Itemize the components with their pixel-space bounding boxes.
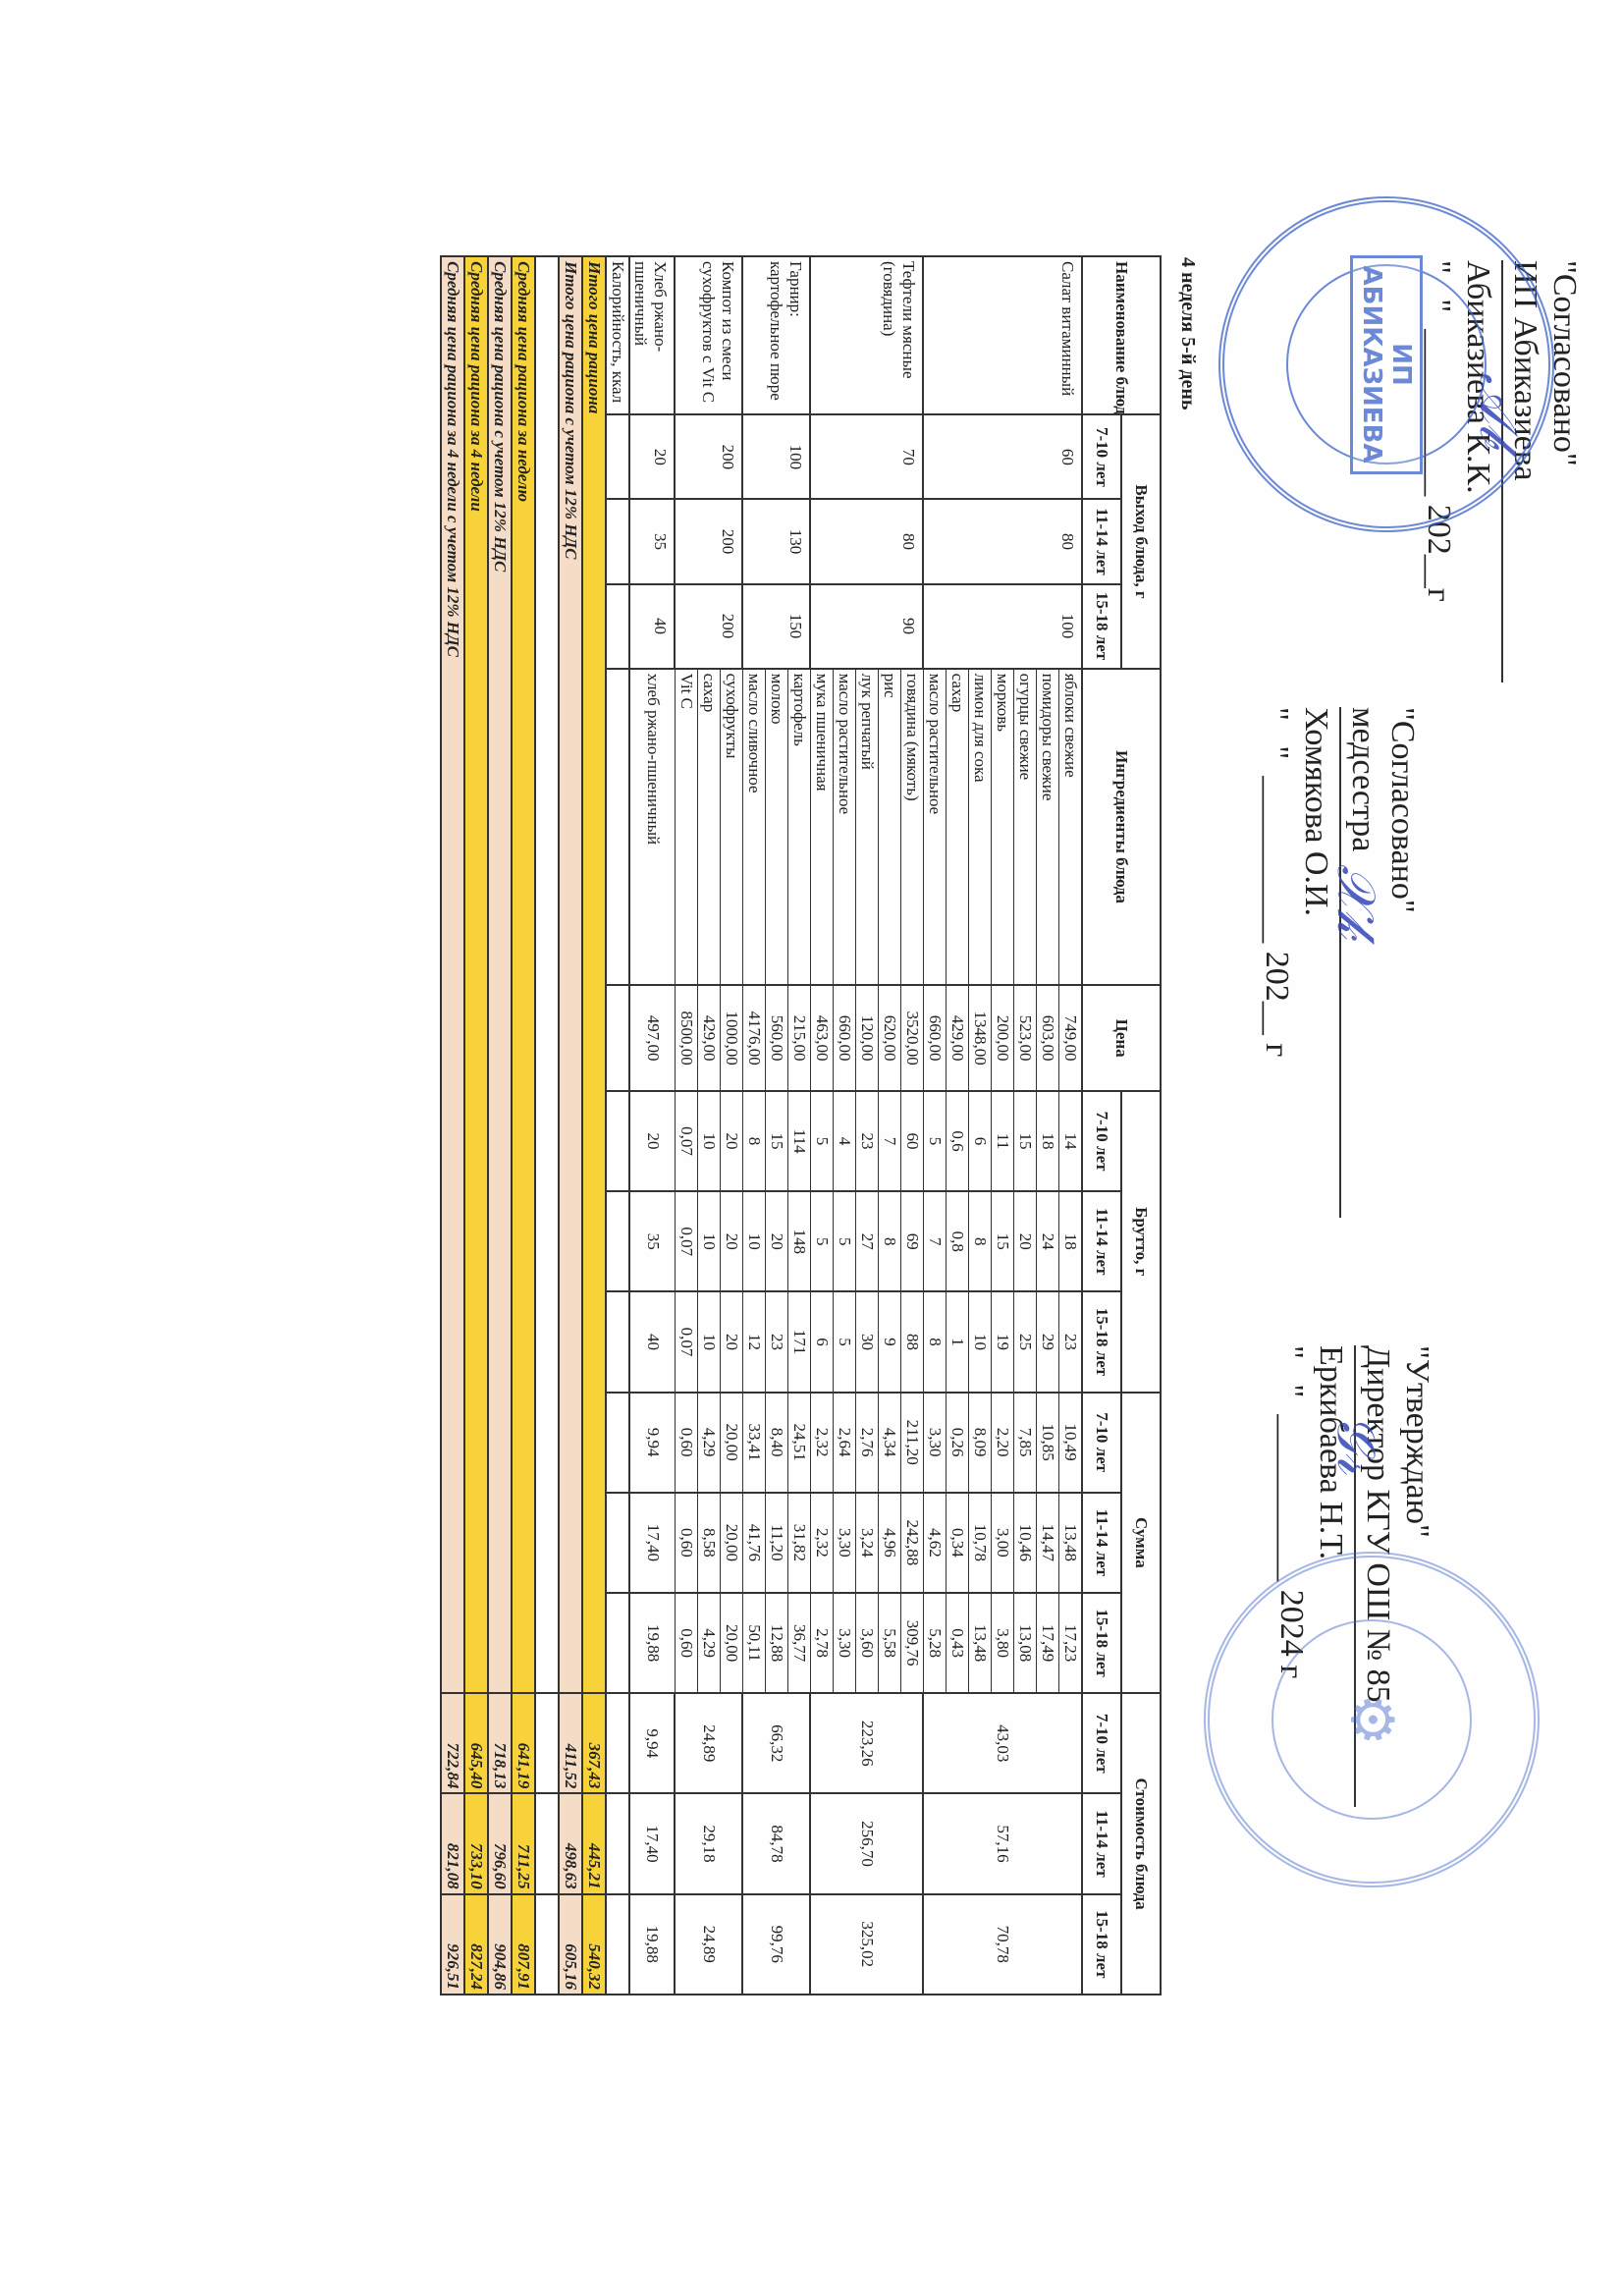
ingredient-sum: 17,23 — [1059, 1593, 1083, 1693]
total-value: 367,43 — [583, 1693, 607, 1793]
ingredient-sum: 2,20 — [992, 1393, 1014, 1493]
ingredient-sum: 10,49 — [1059, 1393, 1083, 1493]
dish-output: 200 — [676, 499, 743, 583]
empty-cell — [607, 1593, 630, 1693]
header-output: Выход блюда, г — [1121, 414, 1161, 668]
ingredient-sum: 3,60 — [856, 1593, 879, 1693]
ingredient-name: масло растительное — [924, 669, 947, 986]
ingredient-brutto: 10 — [969, 1291, 992, 1392]
empty-cell — [607, 1191, 630, 1291]
ingredient-sum: 211,20 — [901, 1393, 924, 1493]
header-dish: Наименование блюд — [1082, 256, 1161, 414]
ingredient-name: говядина (мякоть) — [901, 669, 924, 986]
ingredient-brutto: 6 — [811, 1291, 834, 1392]
approval-name: Хомякова О.И. — [1296, 707, 1335, 1218]
ingredient-price: 120,00 — [856, 985, 879, 1091]
header-age-group: 15-18 лет — [1082, 1291, 1121, 1392]
ingredient-name: картофель — [788, 669, 811, 986]
calories-label: Калорийность, ккал — [607, 256, 630, 414]
ingredient-sum: 41,76 — [743, 1493, 766, 1593]
total-value: 605,16 — [560, 1894, 583, 1995]
ingredient-price: 749,00 — [1059, 985, 1083, 1091]
ingredient-brutto: 0,07 — [676, 1191, 698, 1291]
stamp-label: ИП АБИКАЗИЕВА — [1350, 255, 1423, 474]
table-row: Компот из смеси сухофруктов с Vit C20020… — [721, 256, 743, 1995]
approval-title: "Согласовано" — [1382, 707, 1422, 1218]
total-value: 718,13 — [489, 1693, 513, 1793]
signature-line — [1339, 707, 1341, 1218]
ingredient-brutto: 0,07 — [676, 1091, 698, 1191]
empty-cell — [607, 584, 630, 669]
ingredient-price: 660,00 — [924, 985, 947, 1091]
ingredient-brutto: 10 — [698, 1191, 721, 1291]
ingredient-price: 429,00 — [947, 985, 969, 1091]
ingredient-brutto: 6 — [969, 1091, 992, 1191]
ingredient-price: 523,00 — [1014, 985, 1037, 1091]
dish-output: 35 — [630, 499, 676, 583]
ingredient-brutto: 15 — [992, 1191, 1014, 1291]
ingredient-name: сахар — [698, 669, 721, 986]
ingredient-brutto: 27 — [856, 1191, 879, 1291]
header-age-group: 11-14 лет — [1082, 1493, 1121, 1593]
ingredient-brutto: 12 — [743, 1291, 766, 1392]
total-row: Средняя цена рациона за 4 недели с учето… — [442, 256, 465, 1995]
stamp-emblem-icon: ⚙ — [1337, 1693, 1406, 1746]
approval-date: " " __________ 202__ г — [1257, 707, 1296, 1218]
ingredient-sum: 309,76 — [901, 1593, 924, 1693]
header-cost: Стоимость блюда — [1121, 1693, 1161, 1995]
total-row: Средняя цена рациона с учетом 12% НДС718… — [489, 256, 513, 1995]
dish-cost: 29,18 — [676, 1793, 743, 1893]
dish-output: 20 — [630, 414, 676, 499]
total-value: 645,40 — [465, 1693, 489, 1793]
ingredient-price: 603,00 — [1037, 985, 1059, 1091]
ingredient-sum: 19,88 — [630, 1593, 676, 1693]
header-price: Цена — [1082, 985, 1161, 1091]
total-value: 926,51 — [442, 1894, 465, 1995]
dish-cost: 99,76 — [743, 1894, 811, 1995]
ingredient-sum: 0,26 — [947, 1393, 969, 1493]
approval-role: медсестра — [1343, 707, 1382, 1218]
ingredient-price: 1000,00 — [721, 985, 743, 1091]
total-value: 498,63 — [560, 1793, 583, 1893]
total-row: Средняя цена рациона за 4 недели645,4073… — [465, 256, 489, 1995]
dish-cost: 66,32 — [743, 1693, 811, 1793]
table-row: Тефтели мясные (говядина)708090говядина … — [901, 256, 924, 1995]
ingredient-name: Vit C — [676, 669, 698, 986]
empty-cell — [607, 1793, 630, 1893]
ingredient-sum: 0,43 — [947, 1593, 969, 1693]
total-row: Итого цена рациона с учетом 12% НДС411,5… — [560, 256, 583, 1995]
ingredient-price: 1348,00 — [969, 985, 992, 1091]
dish-name: Гарнир: картофельное пюре — [743, 256, 811, 414]
total-label: Итого цена рациона с учетом 12% НДС — [560, 256, 583, 1693]
dish-cost: 24,89 — [676, 1693, 743, 1793]
total-value: 827,24 — [465, 1894, 489, 1995]
ingredient-sum: 8,09 — [969, 1393, 992, 1493]
empty-cell — [607, 985, 630, 1091]
ingredient-name: молоко — [766, 669, 788, 986]
total-value: 641,19 — [513, 1693, 536, 1793]
ingredient-sum: 3,80 — [992, 1593, 1014, 1693]
ingredient-brutto: 20 — [721, 1291, 743, 1392]
total-label: Итого цена рациона — [583, 256, 607, 1693]
ingredient-name: мука пшеничная — [811, 669, 834, 986]
menu-table: Наименование блюд Выход блюда, г Ингреди… — [441, 255, 1163, 1995]
dish-cost: 24,89 — [676, 1894, 743, 1995]
empty-cell — [607, 1493, 630, 1593]
header-age-group: 15-18 лет — [1082, 1593, 1121, 1693]
ingredient-price: 660,00 — [834, 985, 856, 1091]
ingredient-brutto: 19 — [992, 1291, 1014, 1392]
ingredient-sum: 5,28 — [924, 1593, 947, 1693]
ingredient-name: сухофрукты — [721, 669, 743, 986]
ingredient-brutto: 8 — [969, 1191, 992, 1291]
ingredient-sum: 5,58 — [879, 1593, 901, 1693]
ingredient-name: сахар — [947, 669, 969, 986]
ingredient-sum: 2,64 — [834, 1393, 856, 1493]
ingredient-sum: 4,96 — [879, 1493, 901, 1593]
ingredient-sum: 2,76 — [856, 1393, 879, 1493]
ingredient-sum: 12,88 — [766, 1593, 788, 1693]
ingredient-brutto: 24 — [1037, 1191, 1059, 1291]
header-age-group: 11-14 лет — [1082, 499, 1121, 583]
table-row: Салат витаминный6080100яблоки свежие749,… — [1059, 256, 1083, 1995]
total-value: 445,21 — [583, 1793, 607, 1893]
ingredient-brutto: 20 — [1014, 1191, 1037, 1291]
ingredient-brutto: 29 — [1037, 1291, 1059, 1392]
dish-output: 130 — [743, 499, 811, 583]
total-label: Средняя цена рациона за 4 недели — [465, 256, 489, 1693]
ingredient-brutto: 8 — [879, 1191, 901, 1291]
ingredient-sum: 33,41 — [743, 1393, 766, 1493]
signature-icon: 𝒢𝓇 — [1325, 1414, 1387, 1474]
header-age-group: 7-10 лет — [1082, 1693, 1121, 1793]
ingredient-brutto: 35 — [630, 1191, 676, 1291]
ingredient-brutto: 5 — [924, 1091, 947, 1191]
ingredient-brutto: 5 — [834, 1291, 856, 1392]
empty-cell — [607, 1894, 630, 1995]
dish-cost: 43,03 — [924, 1693, 1083, 1793]
ingredient-sum: 36,77 — [788, 1593, 811, 1693]
school-stamp-icon: ⚙ — [1204, 1552, 1540, 1887]
ingredient-sum: 10,78 — [969, 1493, 992, 1593]
total-value — [536, 1693, 560, 1793]
ingredient-name: огурцы свежие — [1014, 669, 1037, 986]
signature-icon: 𝒜𝒷 — [1467, 373, 1530, 446]
ingredient-brutto: 7 — [924, 1191, 947, 1291]
ingredient-sum: 2,32 — [811, 1493, 834, 1593]
document-page: "Согласовано" ИП Абиказиева Абиказиева К… — [0, 0, 1623, 2296]
ingredient-brutto: 4 — [834, 1091, 856, 1191]
empty-cell — [607, 1393, 630, 1493]
ingredient-name: морковь — [992, 669, 1014, 986]
ingredient-name: лимон для сока — [969, 669, 992, 986]
header-age-group: 15-18 лет — [1082, 1894, 1121, 1995]
dish-cost: 57,16 — [924, 1793, 1083, 1893]
total-value: 796,60 — [489, 1793, 513, 1893]
header-age-group: 15-18 лет — [1082, 584, 1121, 669]
ingredient-brutto: 0,6 — [947, 1091, 969, 1191]
empty-cell — [607, 1693, 630, 1793]
header-brutto: Брутто, г — [1121, 1091, 1161, 1393]
ingredient-sum: 50,11 — [743, 1593, 766, 1693]
ingredient-brutto: 20 — [766, 1191, 788, 1291]
ingredient-brutto: 15 — [766, 1091, 788, 1191]
dish-cost: 70,78 — [924, 1894, 1083, 1995]
dish-output: 200 — [676, 584, 743, 669]
dish-cost: 223,26 — [811, 1693, 924, 1793]
ingredient-price: 8500,00 — [676, 985, 698, 1091]
ingredient-brutto: 114 — [788, 1091, 811, 1191]
ingredient-brutto: 0,8 — [947, 1191, 969, 1291]
ingredient-sum: 11,20 — [766, 1493, 788, 1593]
ingredient-brutto: 14 — [1059, 1091, 1083, 1191]
ingredient-brutto: 23 — [856, 1091, 879, 1191]
header-age-group: 7-10 лет — [1082, 414, 1121, 499]
total-row: Итого цена рациона367,43445,21540,32 — [583, 256, 607, 1995]
total-value: 411,52 — [560, 1693, 583, 1793]
dish-name: Салат витаминный — [924, 256, 1083, 414]
ingredient-price: 429,00 — [698, 985, 721, 1091]
ingredient-brutto: 10 — [698, 1291, 721, 1392]
empty-cell — [607, 1091, 630, 1191]
ingredient-brutto: 10 — [743, 1191, 766, 1291]
ingredient-sum: 10,85 — [1037, 1393, 1059, 1493]
total-label: Средняя цена рациона за неделю — [513, 256, 536, 1693]
ingredient-sum: 20,00 — [721, 1593, 743, 1693]
ingredient-sum: 3,30 — [924, 1393, 947, 1493]
ingredient-sum: 17,49 — [1037, 1593, 1059, 1693]
ingredient-sum: 20,00 — [721, 1493, 743, 1593]
ingredient-sum: 3,30 — [834, 1593, 856, 1693]
dish-name: Компот из смеси сухофруктов с Vit C — [676, 256, 743, 414]
dish-name: Хлеб ржано-пшеничный — [630, 256, 676, 414]
ingredient-brutto: 8 — [743, 1091, 766, 1191]
ingredient-sum: 14,47 — [1037, 1493, 1059, 1593]
ingredient-sum: 4,34 — [879, 1393, 901, 1493]
header-age-group: 7-10 лет — [1082, 1091, 1121, 1191]
ingredient-brutto: 88 — [901, 1291, 924, 1392]
dish-output: 90 — [811, 584, 924, 669]
ingredient-price: 3520,00 — [901, 985, 924, 1091]
ingredient-price: 620,00 — [879, 985, 901, 1091]
supplier-stamp-icon: ИП АБИКАЗИЕВА — [1218, 196, 1554, 532]
ingredient-price: 463,00 — [811, 985, 834, 1091]
dish-cost: 19,88 — [630, 1894, 676, 1995]
total-value: 807,91 — [513, 1894, 536, 1995]
header-age-group: 7-10 лет — [1082, 1393, 1121, 1493]
ingredient-price: 560,00 — [766, 985, 788, 1091]
ingredient-sum: 242,88 — [901, 1493, 924, 1593]
dish-cost: 256,70 — [811, 1793, 924, 1893]
ingredient-sum: 3,00 — [992, 1493, 1014, 1593]
ingredient-brutto: 9 — [879, 1291, 901, 1392]
approval-title: "Согласовано" — [1544, 260, 1584, 683]
ingredient-sum: 0,34 — [947, 1493, 969, 1593]
ingredient-brutto: 8 — [924, 1291, 947, 1392]
dish-output: 150 — [743, 584, 811, 669]
ingredient-name: лук репчатый — [856, 669, 879, 986]
dish-output: 80 — [811, 499, 924, 583]
ingredient-brutto: 20 — [721, 1191, 743, 1291]
dish-output: 80 — [924, 499, 1083, 583]
dish-output: 200 — [676, 414, 743, 499]
ingredient-brutto: 23 — [1059, 1291, 1083, 1392]
empty-cell — [607, 499, 630, 583]
ingredient-brutto: 148 — [788, 1191, 811, 1291]
ingredient-brutto: 5 — [811, 1091, 834, 1191]
ingredient-sum: 0,60 — [676, 1593, 698, 1693]
total-label: Средняя цена рациона за 4 недели с учето… — [442, 256, 465, 1693]
total-value: 722,84 — [442, 1693, 465, 1793]
ingredient-brutto: 69 — [901, 1191, 924, 1291]
ingredient-sum: 4,29 — [698, 1393, 721, 1493]
dish-output: 100 — [743, 414, 811, 499]
empty-cell — [607, 414, 630, 499]
ingredient-brutto: 23 — [766, 1291, 788, 1392]
ingredient-sum: 4,29 — [698, 1593, 721, 1693]
ingredient-brutto: 11 — [992, 1091, 1014, 1191]
ingredient-brutto: 0,07 — [676, 1291, 698, 1392]
total-value — [536, 1894, 560, 1995]
ingredient-sum: 31,82 — [788, 1493, 811, 1593]
ingredient-sum: 17,40 — [630, 1493, 676, 1593]
ingredient-sum: 3,24 — [856, 1493, 879, 1593]
dish-name: Тефтели мясные (говядина) — [811, 256, 924, 414]
ingredient-price: 497,00 — [630, 985, 676, 1091]
ingredient-brutto: 171 — [788, 1291, 811, 1392]
header-age-group: 11-14 лет — [1082, 1793, 1121, 1893]
total-value: 904,86 — [489, 1894, 513, 1995]
ingredient-sum: 9,94 — [630, 1393, 676, 1493]
ingredient-sum: 7,85 — [1014, 1393, 1037, 1493]
ingredient-name: помидоры свежие — [1037, 669, 1059, 986]
ingredient-sum: 24,51 — [788, 1393, 811, 1493]
ingredient-brutto: 18 — [1037, 1091, 1059, 1191]
ingredient-brutto: 40 — [630, 1291, 676, 1392]
day-title: 4 неделя 5-й день — [1176, 257, 1199, 410]
ingredient-brutto: 60 — [901, 1091, 924, 1191]
ingredient-sum: 4,62 — [924, 1493, 947, 1593]
ingredient-brutto: 1 — [947, 1291, 969, 1392]
ingredient-brutto: 5 — [811, 1191, 834, 1291]
total-row — [536, 256, 560, 1995]
ingredient-sum: 2,32 — [811, 1393, 834, 1493]
ingredient-price: 200,00 — [992, 985, 1014, 1091]
ingredient-brutto: 15 — [1014, 1091, 1037, 1191]
total-value — [536, 1793, 560, 1893]
header-ingredients: Ингредиенты блюда — [1082, 669, 1161, 986]
ingredient-sum: 20,00 — [721, 1393, 743, 1493]
total-value: 821,08 — [442, 1793, 465, 1893]
ingredient-price: 215,00 — [788, 985, 811, 1091]
ingredient-brutto: 20 — [721, 1091, 743, 1191]
ingredient-brutto: 7 — [879, 1091, 901, 1191]
total-row: Средняя цена рациона за неделю641,19711,… — [513, 256, 536, 1995]
dish-output: 100 — [924, 584, 1083, 669]
ingredient-sum: 0,60 — [676, 1493, 698, 1593]
dish-output: 60 — [924, 414, 1083, 499]
ingredient-brutto: 5 — [834, 1191, 856, 1291]
ingredient-name: хлеб ржано-пшеничный — [630, 669, 676, 986]
dish-output: 40 — [630, 584, 676, 669]
signature-icon: 𝒳𝓀 — [1325, 864, 1387, 938]
empty-cell — [607, 1291, 630, 1392]
ingredient-price: 4176,00 — [743, 985, 766, 1091]
ingredient-brutto: 30 — [856, 1291, 879, 1392]
header-age-group: 11-14 лет — [1082, 1191, 1121, 1291]
total-value: 733,10 — [465, 1793, 489, 1893]
ingredient-sum: 8,40 — [766, 1393, 788, 1493]
header-sum: Сумма — [1121, 1393, 1161, 1694]
empty-cell — [607, 669, 630, 986]
ingredient-sum: 8,58 — [698, 1493, 721, 1593]
ingredient-sum: 2,78 — [811, 1593, 834, 1693]
ingredient-sum: 13,48 — [1059, 1493, 1083, 1593]
ingredient-sum: 13,08 — [1014, 1593, 1037, 1693]
total-label: Средняя цена рациона с учетом 12% НДС — [489, 256, 513, 1693]
total-value: 711,25 — [513, 1793, 536, 1893]
ingredient-sum: 13,48 — [969, 1593, 992, 1693]
ingredient-brutto: 25 — [1014, 1291, 1037, 1392]
ingredient-name: масло сливочное — [743, 669, 766, 986]
ingredient-name: рис — [879, 669, 901, 986]
ingredient-sum: 10,46 — [1014, 1493, 1037, 1593]
total-value: 540,32 — [583, 1894, 607, 1995]
table-row: Гарнир: картофельное пюре100130150картоф… — [788, 256, 811, 1995]
ingredient-brutto: 20 — [630, 1091, 676, 1191]
dish-output: 70 — [811, 414, 924, 499]
ingredient-sum: 3,30 — [834, 1493, 856, 1593]
approval-block-nurse: "Согласовано" медсестра Хомякова О.И. " … — [1257, 707, 1422, 1218]
ingredient-brutto: 10 — [698, 1091, 721, 1191]
ingredient-brutto: 18 — [1059, 1191, 1083, 1291]
dish-cost: 325,02 — [811, 1894, 924, 1995]
dish-cost: 84,78 — [743, 1793, 811, 1893]
total-label — [536, 256, 560, 1693]
calories-row: Калорийность, ккал — [607, 256, 630, 1995]
ingredient-name: масло растительное — [834, 669, 856, 986]
ingredient-sum: 0,60 — [676, 1393, 698, 1493]
dish-cost: 9,94 — [630, 1693, 676, 1793]
dish-cost: 17,40 — [630, 1793, 676, 1893]
ingredient-name: яблоки свежие — [1059, 669, 1083, 986]
table-row: Хлеб ржано-пшеничный203540хлеб ржано-пше… — [630, 256, 676, 1995]
